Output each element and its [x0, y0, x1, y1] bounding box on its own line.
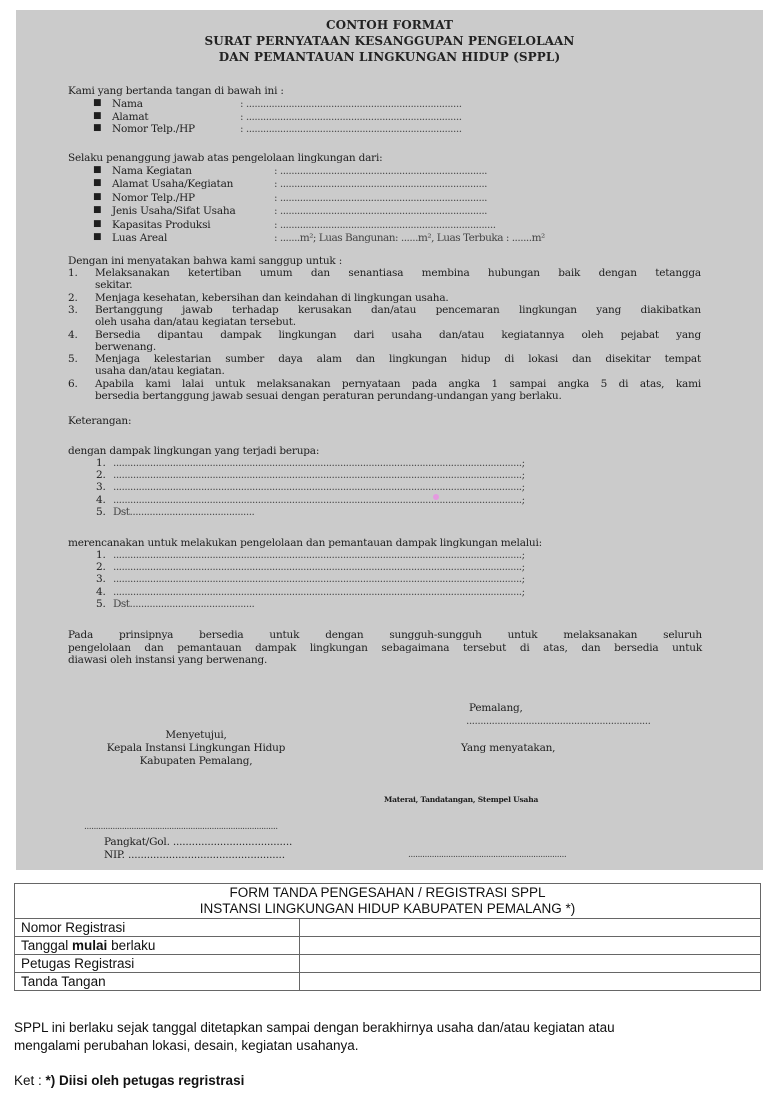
commitment-text: berwenang. — [95, 341, 156, 353]
field-value: : ......................................… — [240, 123, 498, 135]
field-label: Jenis Usaha/Sifat Usaha — [112, 205, 236, 217]
registration-form-header: FORM TANDA PENGESAHAN / REGISTRASI SPPL … — [15, 884, 761, 919]
bullet-icon: ■ — [93, 98, 101, 108]
registration-number-field[interactable] — [300, 919, 761, 937]
item-number: 5. — [96, 598, 106, 610]
item-dots: Dst.....................................… — [113, 598, 343, 610]
bullet-icon: ■ — [93, 205, 101, 215]
field-label: Nama — [112, 98, 143, 110]
commitment-number: 3. — [68, 304, 78, 316]
field-label: Kapasitas Produksi — [112, 219, 210, 231]
commitment-number: 6. — [68, 378, 78, 390]
item-number: 2. — [96, 561, 106, 573]
bullet-icon: ■ — [93, 192, 101, 202]
closing-line: diawasi oleh instansi yang berwenang. — [68, 654, 267, 666]
signer-intro: Kami yang bertanda tangan di bawah ini : — [68, 85, 284, 97]
field-label: Luas Areal — [112, 232, 167, 244]
item-number: 1. — [96, 549, 106, 561]
plan-intro: merencanakan untuk melakukan pengelolaan… — [68, 537, 542, 549]
commitment-intro: Dengan ini menyatakan bahwa kami sanggup… — [68, 255, 342, 267]
table-row: Tanggal mulai berlaku — [15, 937, 761, 955]
form-header-line-1: FORM TANDA PENGESAHAN / REGISTRASI SPPL — [15, 885, 760, 901]
commitment-text: Melaksanakan ketertiban umum dan senanti… — [95, 267, 701, 279]
impact-intro: dengan dampak lingkungan yang terjadi be… — [68, 445, 319, 457]
table-row: Nomor Registrasi — [15, 919, 761, 937]
commitment-number: 4. — [68, 329, 78, 341]
title-line-1: CONTOH FORMAT — [16, 18, 763, 32]
row-label: Nomor Registrasi — [15, 919, 300, 937]
bullet-icon: ■ — [93, 123, 101, 133]
item-number: 4. — [96, 586, 106, 598]
date-dots: ........................................… — [466, 715, 671, 727]
commitment-text: sekitar. — [95, 279, 132, 291]
item-number: 3. — [96, 481, 106, 493]
start-date-field[interactable] — [300, 937, 761, 955]
item-number: 3. — [96, 573, 106, 585]
commitment-text: Bertanggung jawab terhadap kerusakan dan… — [95, 304, 701, 316]
field-label: Alamat Usaha/Kegiatan — [112, 178, 233, 190]
form-header-line-2: INSTANSI LINGKUNGAN HIDUP KABUPATEN PEMA… — [15, 901, 760, 917]
table-row: Tanda Tangan — [15, 973, 761, 991]
field-value: : ......................................… — [274, 178, 534, 190]
registration-officer-field[interactable] — [300, 955, 761, 973]
item-dots: ........................................… — [113, 586, 703, 598]
commitment-text: Apabila kami lalai untuk melaksanakan pe… — [95, 378, 701, 390]
field-value: : ......................................… — [274, 205, 534, 217]
item-dots: Dst.....................................… — [113, 506, 343, 518]
commitment-text: oleh usaha dan/atau kegiatan tersebut. — [95, 316, 296, 328]
signature-field[interactable] — [300, 973, 761, 991]
item-dots: ........................................… — [113, 469, 703, 481]
bullet-icon: ■ — [93, 165, 101, 175]
item-dots: ........................................… — [113, 573, 703, 585]
nip-field: NIP. ...................................… — [104, 849, 285, 861]
field-label: Nomor Telp./HP — [112, 123, 195, 135]
commitment-text: Bersedia dipantau dampak lingkungan dari… — [95, 329, 701, 341]
registration-form-table: FORM TANDA PENGESAHAN / REGISTRASI SPPL … — [14, 883, 761, 991]
approver-signature-line: ........................................… — [84, 822, 346, 832]
bullet-icon: ■ — [93, 178, 101, 188]
declarant-label: Yang menyatakan, — [461, 742, 555, 754]
row-label: Tanggal mulai berlaku — [15, 937, 300, 955]
commitment-number: 5. — [68, 353, 78, 365]
bullet-icon: ■ — [93, 232, 101, 242]
field-value: : ......................................… — [274, 219, 534, 231]
closing-line: Pada prinsipnya bersedia untuk dengan su… — [68, 629, 702, 641]
validity-line-1: SPPL ini berlaku sejak tanggal ditetapka… — [14, 1020, 615, 1035]
item-number: 2. — [96, 469, 106, 481]
commitment-text: bersedia bertanggung jawab sesuai dengan… — [95, 390, 562, 402]
approver-line-2: Kepala Instansi Lingkungan Hidup — [66, 742, 326, 754]
closing-line: pengelolaan dan pemantauan dampak lingku… — [68, 642, 702, 654]
row-label: Tanda Tangan — [15, 973, 300, 991]
row-label: Petugas Registrasi — [15, 955, 300, 973]
bullet-icon: ■ — [93, 219, 101, 229]
declarant-signature-line: ........................................… — [408, 850, 633, 860]
field-label: Nama Kegiatan — [112, 165, 192, 177]
field-value: : ......................................… — [274, 192, 534, 204]
stamp-note: Materai, Tandatangan, Stempel Usaha — [384, 795, 538, 804]
approver-line-3: Kabupaten Pemalang, — [66, 755, 326, 767]
title-line-2: SURAT PERNYATAAN KESANGGUPAN PENGELOLAAN — [16, 34, 763, 48]
bullet-icon: ■ — [93, 111, 101, 121]
commitment-text: Menjaga kesehatan, kebersihan dan keinda… — [95, 292, 449, 304]
field-label: Nomor Telp./HP — [112, 192, 195, 204]
place-label: Pemalang, — [469, 702, 523, 714]
footnote: Ket : *) Diisi oleh petugas regristrasi — [14, 1073, 244, 1088]
commitment-number: 2. — [68, 292, 78, 304]
field-label: Alamat — [112, 111, 148, 123]
approver-line-1: Menyetujui, — [66, 729, 326, 741]
scanned-form-image: CONTOH FORMAT SURAT PERNYATAAN KESANGGUP… — [16, 10, 763, 870]
field-value: : ......................................… — [240, 111, 498, 123]
keterangan-label: Keterangan: — [68, 415, 131, 427]
rank-field: Pangkat/Gol. ...........................… — [104, 836, 292, 848]
table-row: Petugas Registrasi — [15, 955, 761, 973]
field-value: : .......m²; Luas Bangunan: ......m², Lu… — [274, 232, 674, 244]
item-number: 5. — [96, 506, 106, 518]
field-value: : ......................................… — [274, 165, 534, 177]
validity-line-2: mengalami perubahan lokasi, desain, kegi… — [14, 1038, 358, 1053]
commitment-text: usaha dan/atau kegiatan. — [95, 365, 225, 377]
responsible-intro: Selaku penanggung jawab atas pengelolaan… — [68, 152, 382, 164]
item-dots: ........................................… — [113, 549, 703, 561]
item-dots: ........................................… — [113, 561, 703, 573]
field-value: : ......................................… — [240, 98, 498, 110]
item-dots: ........................................… — [113, 481, 703, 493]
commitment-number: 1. — [68, 267, 78, 279]
item-number: 4. — [96, 494, 106, 506]
item-dots: ........................................… — [113, 457, 703, 469]
commitment-text: Menjaga kelestarian sumber daya alam dan… — [95, 353, 701, 365]
pink-mark — [433, 494, 439, 500]
title-line-3: DAN PEMANTAUAN LINGKUNGAN HIDUP (SPPL) — [16, 50, 763, 64]
item-dots: ........................................… — [113, 494, 703, 506]
item-number: 1. — [96, 457, 106, 469]
